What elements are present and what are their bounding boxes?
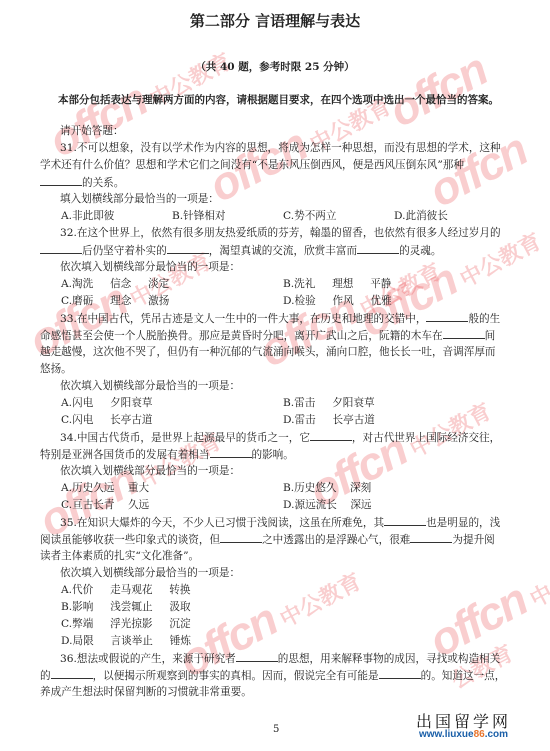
option-b[interactable]: B.洗礼 理想 平静 <box>283 277 391 292</box>
option-b[interactable]: B.针锋相对 <box>172 209 226 224</box>
option-c[interactable]: C.磨砺 理念 激扬 <box>61 294 169 309</box>
option-a[interactable]: A.淘洗 信念 淡定 <box>61 277 169 292</box>
blank <box>40 175 82 186</box>
option-c[interactable]: C.闪电 长亭古道 <box>61 413 153 428</box>
option-a[interactable]: A.历史久远 重大 <box>61 481 149 496</box>
page-number: 5 <box>273 722 279 737</box>
option-c[interactable]: C.亘古长青 久远 <box>61 498 149 513</box>
option-d[interactable]: D.源远流长 深远 <box>283 498 372 513</box>
section-title: 第二部分 言语理解与表达 <box>0 14 550 29</box>
brand-url[interactable]: www.liuxue86.com <box>416 727 511 742</box>
option-a[interactable]: A.非此即彼 <box>61 209 114 224</box>
option-b[interactable]: B.雷击 夕阳衰草 <box>283 396 375 411</box>
option-d[interactable]: D.雷击 长亭古道 <box>283 413 375 428</box>
start-prompt: 请开始答题： <box>60 124 538 139</box>
section-subtitle: （共 40 题，参考时限 25 分钟） <box>0 60 550 75</box>
option-b[interactable]: B.历史悠久 深刻 <box>283 481 371 496</box>
exam-page: offcn中公教育 offcn offcn中公教育 offcn offcn中公教… <box>0 0 550 751</box>
option-d[interactable]: D.此消彼长 <box>394 209 448 224</box>
option-c[interactable]: C.势不两立 <box>283 209 336 224</box>
option-b[interactable]: B.影响 浅尝辄止 汲取 <box>61 600 191 615</box>
brand-logo[interactable]: 出国留学网 www.liuxue86.com <box>416 714 511 742</box>
option-a[interactable]: A.代价 走马观花 转换 <box>61 583 190 598</box>
section-instruction: 本部分包括表达与理解两方面的内容，请根据题目要求，在四个选项中选出一个最恰当的答… <box>58 93 499 108</box>
option-d[interactable]: D.检验 作风 优雅 <box>283 294 392 309</box>
option-c[interactable]: C.弊端 浮光掠影 沉淀 <box>61 617 191 632</box>
option-a[interactable]: A.闪电 夕阳衰草 <box>61 396 152 411</box>
option-d[interactable]: D.局限 言谈举止 锤炼 <box>61 634 191 649</box>
